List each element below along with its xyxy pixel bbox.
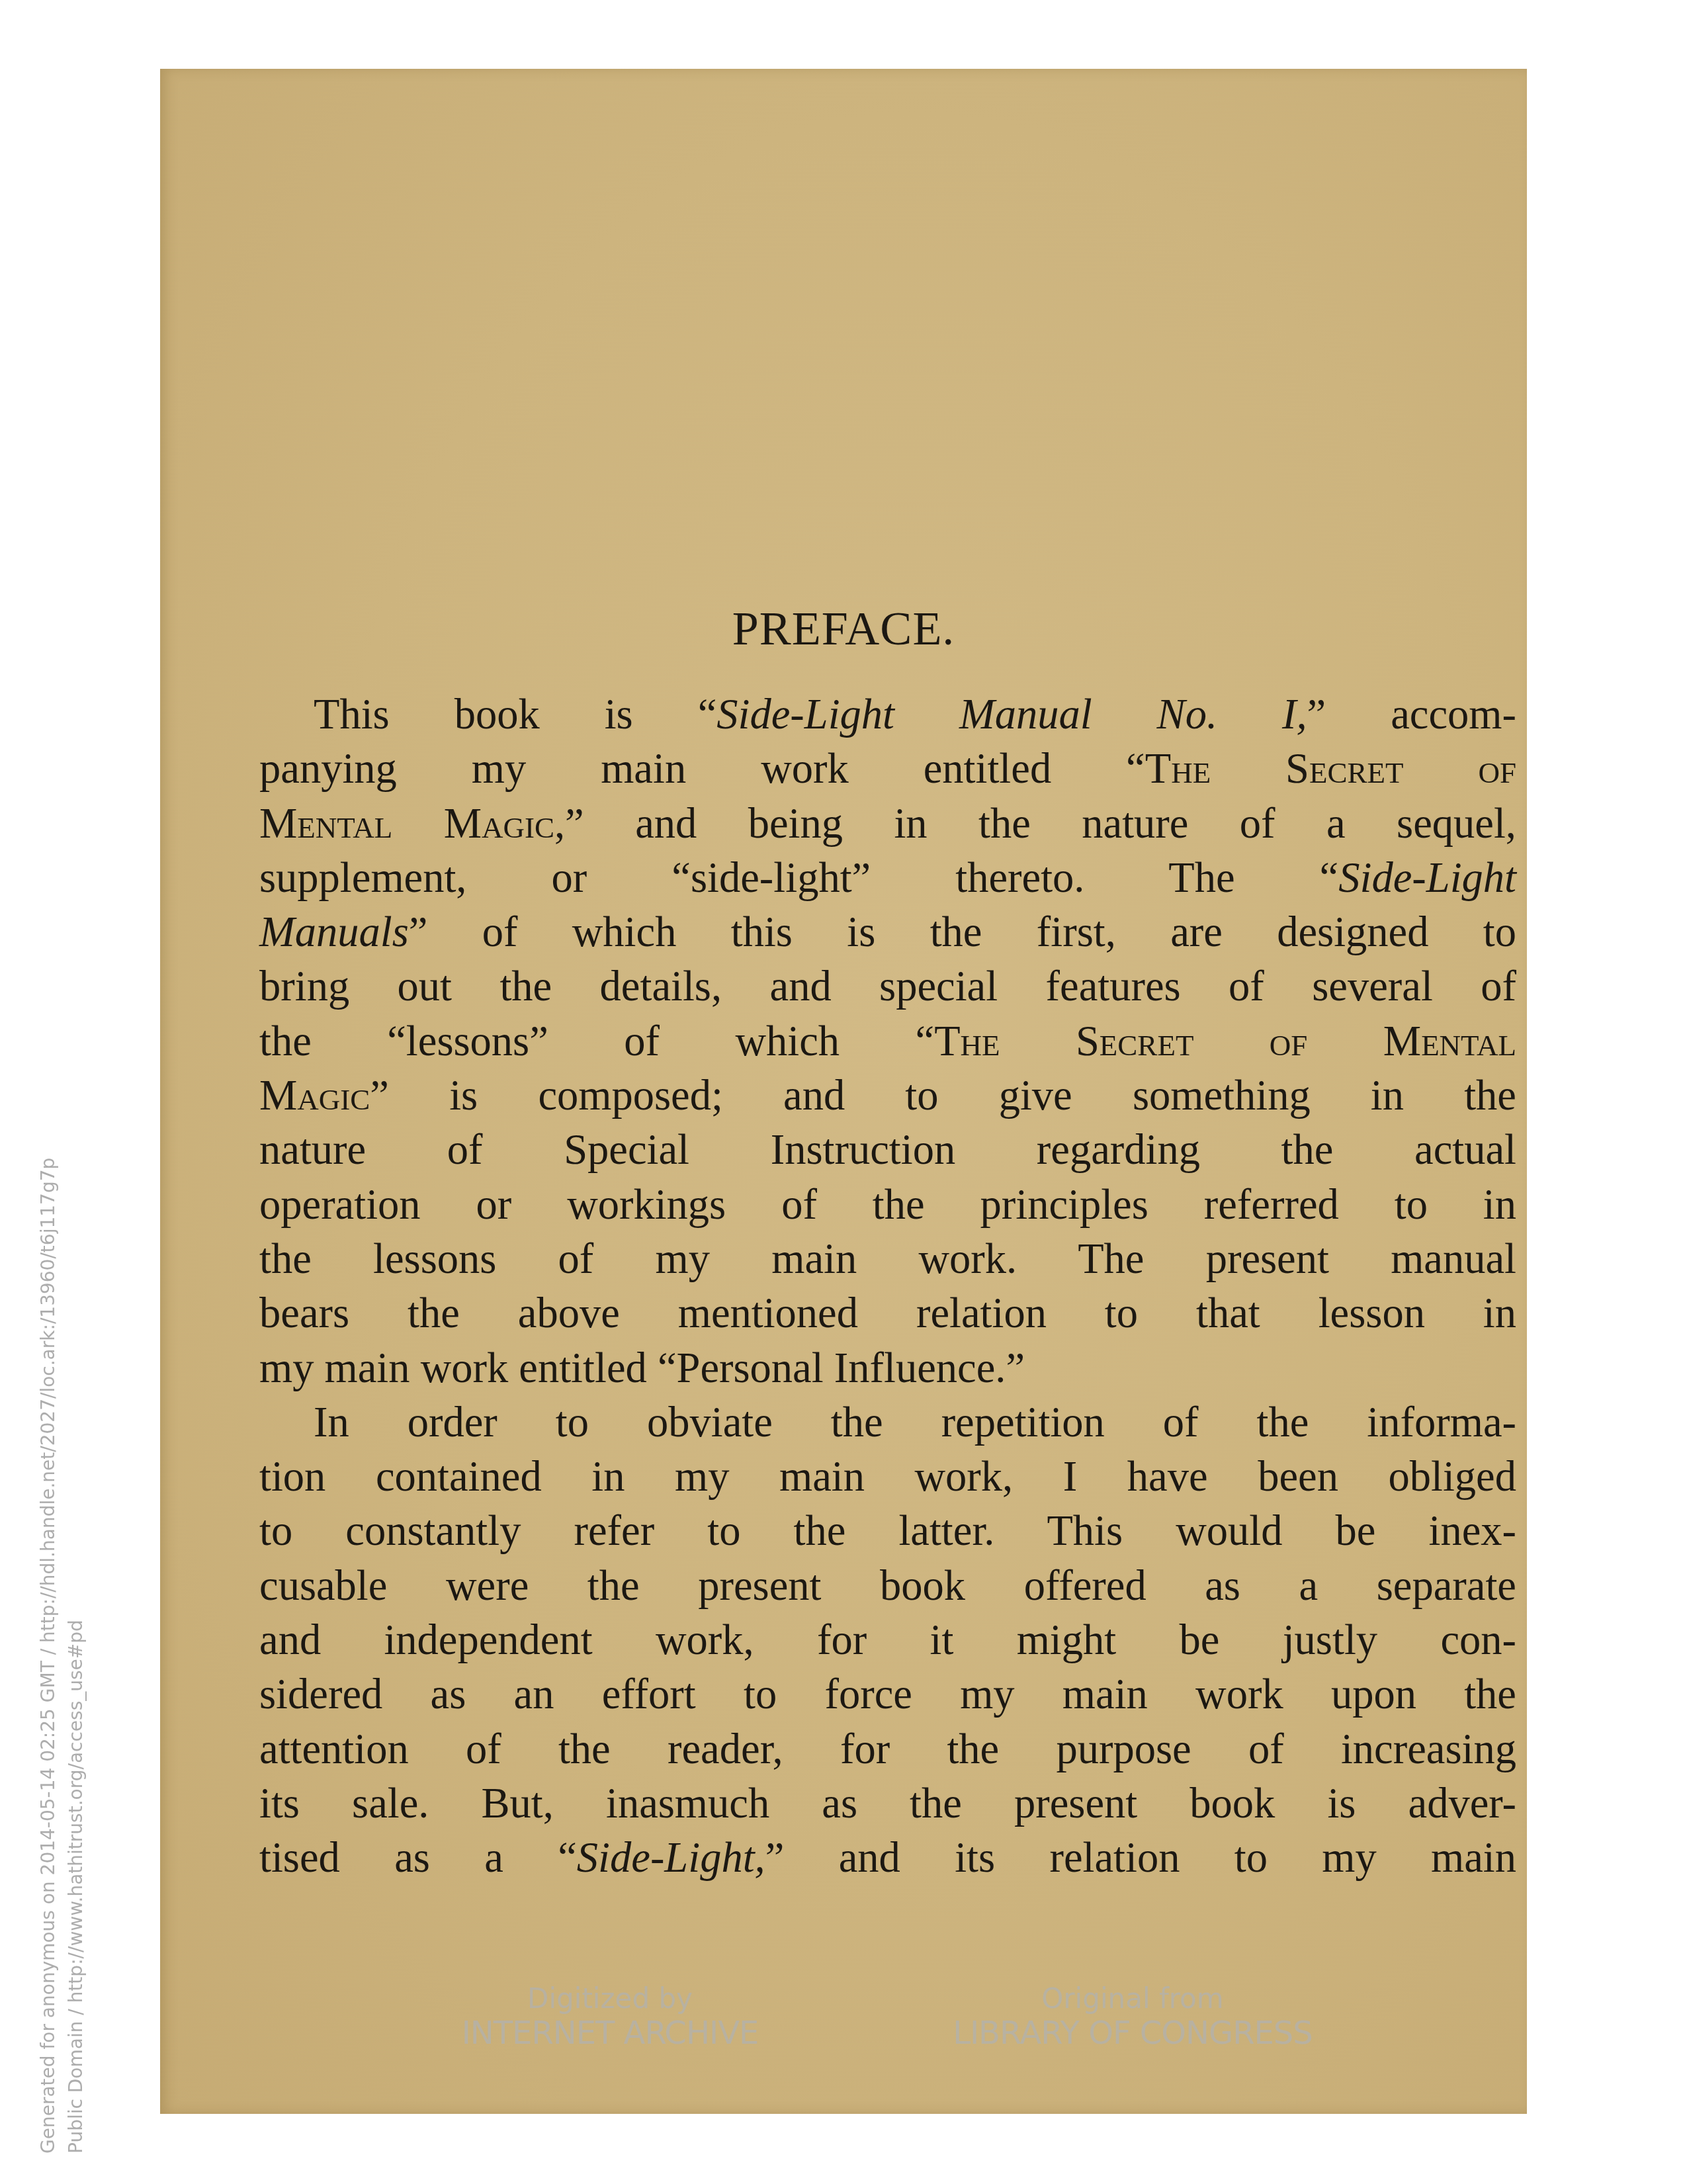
text-line: attention of the reader, for the purpose…: [259, 1722, 1516, 1776]
library-of-congress-label: LIBRARY OF CONGRESS: [928, 2015, 1338, 2052]
original-from-label: Original from: [928, 1982, 1338, 2015]
text-line: its sale. But, inasmuch as the present b…: [259, 1776, 1516, 1831]
text-line: the “lessons” of which “The Secret of Me…: [259, 1014, 1516, 1069]
page-title: PREFACE.: [160, 601, 1527, 656]
text-line: nature of Special Instruction regarding …: [259, 1123, 1516, 1177]
paragraph-1: This book is “Side-Light Manual No. I,” …: [259, 687, 1516, 1395]
text-line: sidered as an effort to force my main wo…: [259, 1667, 1516, 1722]
book-page: PREFACE. This book is “Side-Light Manual…: [160, 69, 1527, 2114]
text-line: Mental Magic,” and being in the nature o…: [259, 797, 1516, 851]
text-line: bears the above mentioned relation to th…: [259, 1286, 1516, 1340]
digitized-by-watermark: Digitized by INTERNET ARCHIVE: [451, 1982, 769, 2052]
text-line: cusable were the present book offered as…: [259, 1559, 1516, 1613]
text-line: Magic” is composed; and to give somethin…: [259, 1069, 1516, 1123]
body-text: This book is “Side-Light Manual No. I,” …: [259, 687, 1516, 1886]
paragraph-2: In order to obviate the repetition of th…: [259, 1395, 1516, 1886]
digitized-by-label: Digitized by: [451, 1982, 769, 2015]
text-line: tion contained in my main work, I have b…: [259, 1450, 1516, 1504]
generated-for-text: Generated for anonymous on 2014-05-14 02…: [34, 1158, 62, 2154]
text-line: the lessons of my main work. The present…: [259, 1232, 1516, 1286]
public-domain-text: Public Domain / http://www.hathitrust.or…: [62, 1158, 90, 2154]
text-line: operation or workings of the principles …: [259, 1178, 1516, 1232]
text-line: panying my main work entitled “The Secre…: [259, 742, 1516, 796]
text-line: my main work entitled “Personal Influenc…: [259, 1341, 1516, 1395]
hathitrust-side-watermark: Generated for anonymous on 2014-05-14 02…: [34, 1158, 90, 2154]
internet-archive-label: INTERNET ARCHIVE: [451, 2015, 769, 2052]
text-line: tised as a “Side-Light,” and its relatio…: [259, 1831, 1516, 1885]
text-line: and independent work, for it might be ju…: [259, 1613, 1516, 1667]
text-line: bring out the details, and special featu…: [259, 959, 1516, 1014]
text-line: supplement, or “side-light” thereto. The…: [259, 851, 1516, 905]
text-line: Manuals” of which this is the first, are…: [259, 905, 1516, 959]
text-line: to constantly refer to the latter. This …: [259, 1504, 1516, 1558]
original-from-watermark: Original from LIBRARY OF CONGRESS: [928, 1982, 1338, 2052]
text-line: This book is “Side-Light Manual No. I,” …: [259, 687, 1516, 742]
text-line: In order to obviate the repetition of th…: [259, 1395, 1516, 1450]
